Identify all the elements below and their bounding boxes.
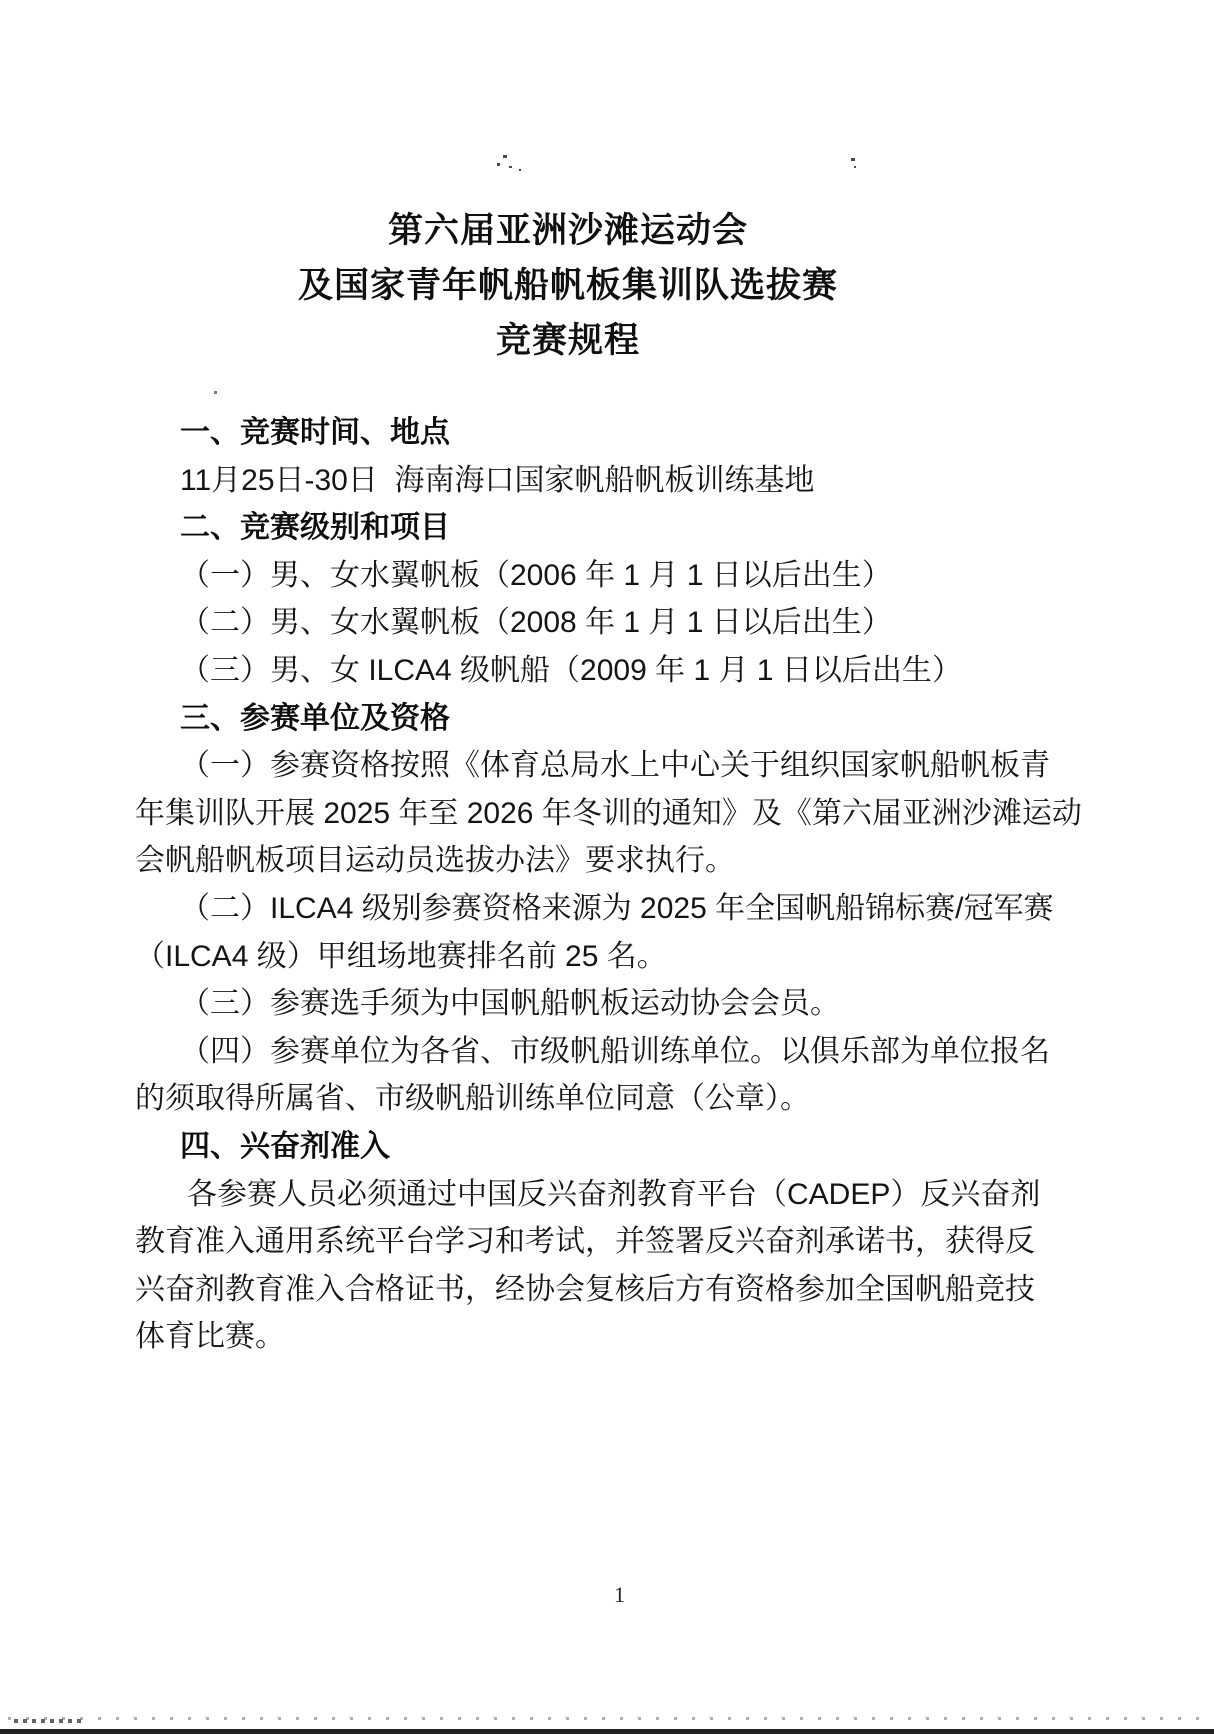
scan-noise-cluster: [14, 1719, 86, 1723]
doc-line: （二）男、女水翼帆板（2008 年 1 月 1 日以后出生）: [135, 599, 1095, 647]
scan-artifact: [519, 169, 521, 171]
title-line: 竞赛规程: [0, 313, 1136, 368]
title-line: 及国家青年帆船帆板集训队选拔赛: [0, 258, 1136, 313]
document-title: 第六届亚洲沙滩运动会 及国家青年帆船帆板集训队选拔赛 竞赛规程: [0, 203, 1136, 368]
doc-line: 体育比赛。: [135, 1313, 1095, 1361]
page-number: 1: [614, 1582, 625, 1608]
doc-line: （二）ILCA4 级别参赛资格来源为 2025 年全国帆船锦标赛/冠军赛: [135, 885, 1095, 933]
scan-artifact: [503, 155, 507, 158]
scan-artifact: [851, 158, 855, 161]
doc-line: （一）参赛资格按照《体育总局水上中心关于组织国家帆船帆板青: [135, 742, 1095, 790]
scan-edge-bar: [0, 1729, 1214, 1734]
scan-artifact: [854, 166, 856, 168]
doc-line: （一）男、女水翼帆板（2006 年 1 月 1 日以后出生）: [135, 552, 1095, 600]
section-heading: 一、竞赛时间、地点: [135, 409, 1095, 457]
section-heading: 四、兴奋剂准入: [135, 1123, 1095, 1171]
doc-line: 的须取得所属省、市级帆船训练单位同意（公章）。: [135, 1075, 1095, 1123]
doc-line: 会帆船帆板项目运动员选拔办法》要求执行。: [135, 837, 1095, 885]
doc-line: 兴奋剂教育准入合格证书，经协会复核后方有资格参加全国帆船竞技: [135, 1266, 1095, 1314]
section-heading: 三、参赛单位及资格: [135, 695, 1095, 743]
document-page: 第六届亚洲沙滩运动会 及国家青年帆船帆板集训队选拔赛 竞赛规程 一、竞赛时间、地…: [0, 0, 1214, 1734]
doc-line: （ILCA4 级）甲组场地赛排名前 25 名。: [135, 933, 1095, 981]
doc-line: （三）参赛选手须为中国帆船帆板运动协会会员。: [135, 980, 1095, 1028]
doc-line: （四）参赛单位为各省、市级帆船训练单位。以俱乐部为单位报名: [135, 1028, 1095, 1076]
doc-line: 各参赛人员必须通过中国反兴奋剂教育平台（CADEP）反兴奋剂: [135, 1171, 1095, 1219]
scan-noise-row: [8, 1717, 1204, 1720]
scan-artifact: [214, 391, 217, 394]
doc-line: 教育准入通用系统平台学习和考试，并签署反兴奋剂承诺书，获得反: [135, 1218, 1095, 1266]
doc-line: 年集训队开展 2025 年至 2026 年冬训的通知》及《第六届亚洲沙滩运动: [135, 790, 1095, 838]
scan-artifact: [497, 163, 500, 166]
section-heading: 二、竞赛级别和项目: [135, 504, 1095, 552]
scan-artifact: [509, 166, 512, 168]
doc-line: 11月25日-30日 海南海口国家帆船帆板训练基地: [135, 457, 1095, 505]
document-body: 一、竞赛时间、地点 11月25日-30日 海南海口国家帆船帆板训练基地 二、竞赛…: [135, 409, 1095, 1361]
title-line: 第六届亚洲沙滩运动会: [0, 203, 1136, 258]
doc-line: （三）男、女 ILCA4 级帆船（2009 年 1 月 1 日以后出生）: [135, 647, 1095, 695]
